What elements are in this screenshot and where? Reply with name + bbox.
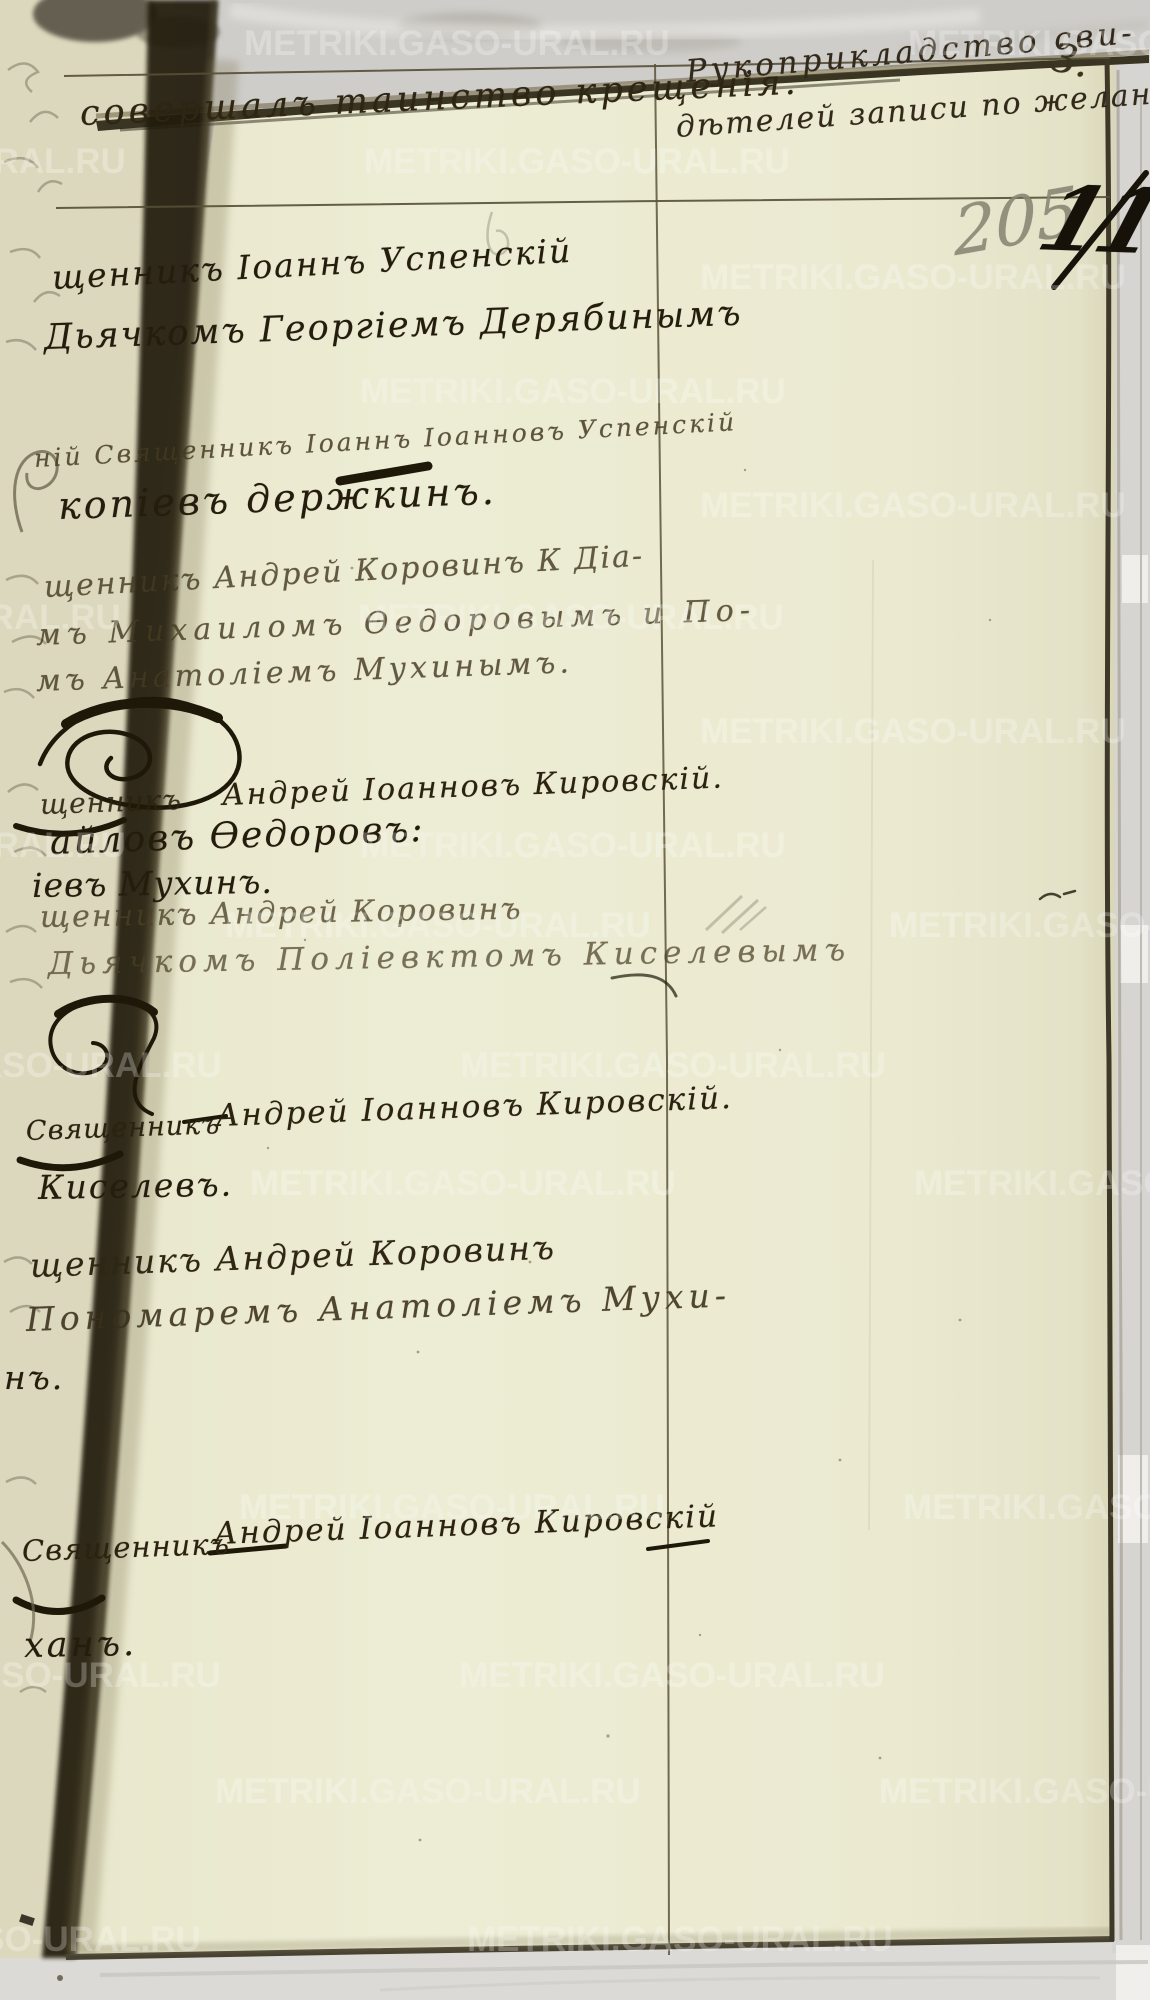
handwritten-line: щенникъ: [39, 783, 182, 821]
handwritten-line: ханъ.: [24, 1624, 138, 1666]
handwritten-line: Священникъ: [25, 1109, 220, 1147]
handwritten-line: щенникъ Андрей Коровинъ: [29, 1228, 556, 1285]
handwritten-line: Священникъ: [21, 1527, 230, 1568]
handwritten-line: копіевъ держкинъ.: [57, 469, 497, 528]
handwritten-line: Андрей Іоанновъ Кировскій: [213, 1498, 719, 1552]
handwritten-line: мъ Михаиломъ Ѳедоровымъ и По-: [35, 593, 756, 653]
scanned-document: совершалъ таинство крещенія. Рукоприклад…: [0, 0, 1150, 2000]
handwritten-line: щенникъ Іоаннъ Успенскій: [51, 231, 573, 297]
handwritten-line: мъ Анатоліемъ Мухинымъ.: [35, 645, 573, 699]
handwritten-line: щенникъ Андрей Коровинъ К Діа-: [43, 539, 645, 605]
handwritten-line: ній Священникъ Іоаннъ Іоанновъ Успенскій: [33, 407, 738, 473]
handwritten-line: Дьячкомъ Поліевктомъ Киселевымъ: [48, 932, 852, 982]
handwritten-line: Андрей Іоанновъ Кировскій.: [215, 1080, 733, 1134]
corner-mark: З.: [1047, 35, 1093, 88]
handwritten-line: щенникъ Андрей Коровинъ: [40, 892, 523, 935]
handwritten-line: Дьячкомъ Георгіемъ Дерябинымъ: [43, 294, 743, 358]
handwritten-line: Пономаремъ Анатоліемъ Мухи-: [25, 1275, 731, 1339]
handwriting-layer: совершалъ таинство крещенія. Рукоприклад…: [0, 0, 1150, 2000]
handwritten-line: Андрей Іоанновъ Кировскій.: [221, 760, 724, 813]
handwritten-line: нъ.: [4, 1358, 64, 1397]
handwritten-line: Киселевъ.: [38, 1165, 234, 1207]
